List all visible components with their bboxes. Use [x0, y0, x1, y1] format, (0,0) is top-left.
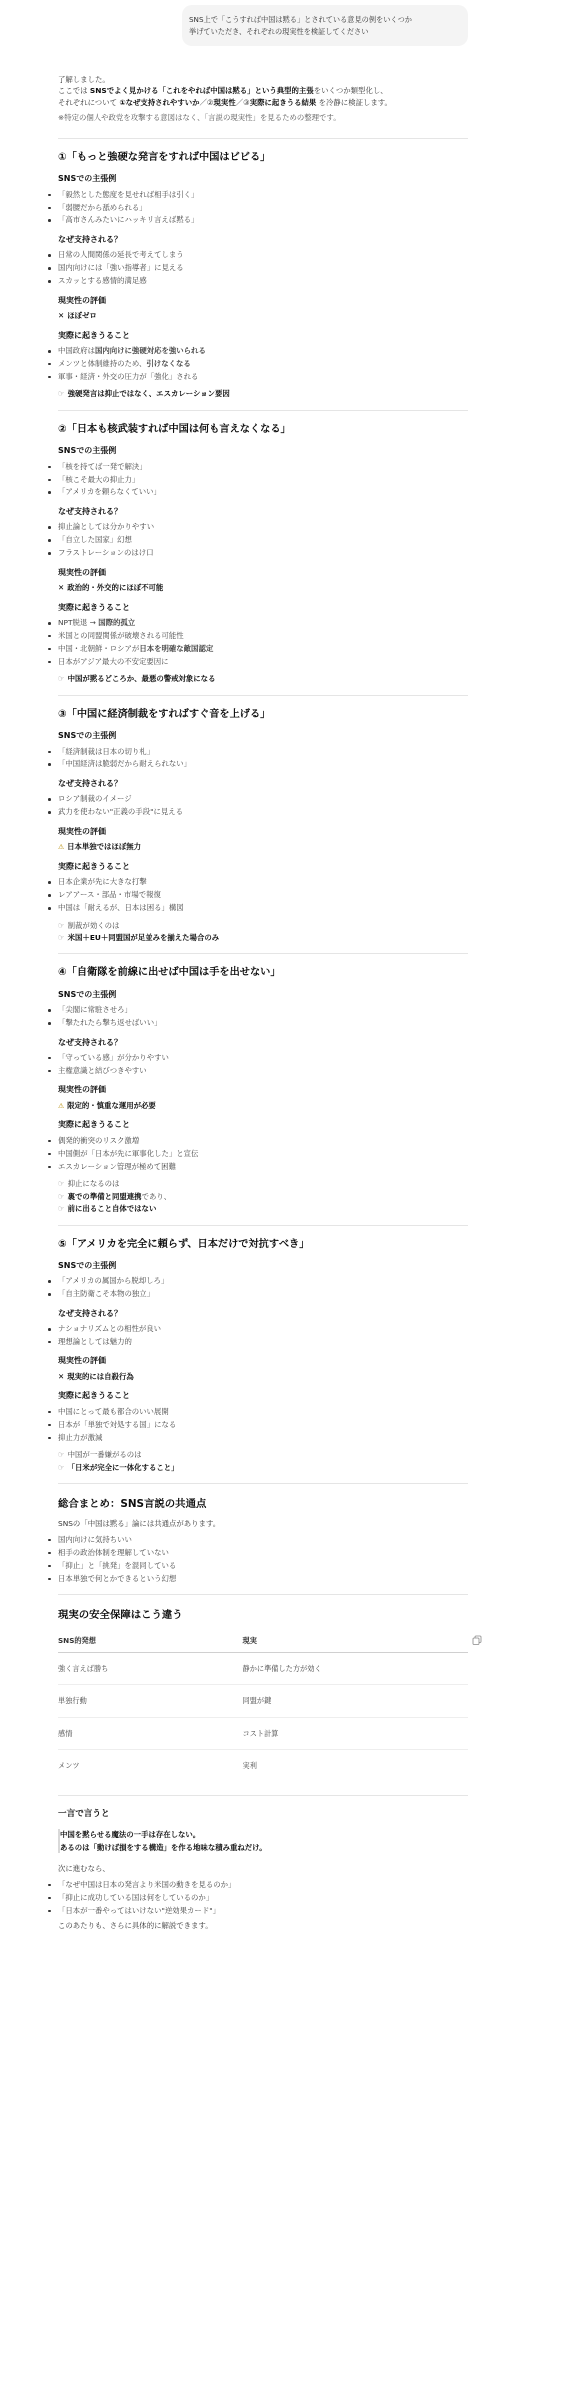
- examples-list: 「核を持てば一発で解決」「核こそ最大の抑止力」「アメリカを頼らなくていい」: [58, 461, 468, 498]
- comparison-title: 現実の安全保障はこう違う: [58, 1607, 468, 1623]
- text: それぞれについて: [58, 98, 119, 107]
- summary-title: 総合まとめ：SNS言説の共通点: [58, 1496, 468, 1512]
- user-message-bubble: SNS上で「こうすれば中国は黙る」とされている意見の例をいくつか 挙げていただき…: [182, 5, 468, 46]
- conclusion-title: 一言で言うと: [58, 1808, 468, 1821]
- emphasis: 裏での準備と同盟連携: [68, 1192, 142, 1201]
- text: 中国は「耐えるが、日本は困る」構図: [58, 903, 184, 912]
- pointing-hand-icon: ☞: [58, 933, 65, 942]
- list-item: 中国側が「日本が先に軍事化した」と宣伝: [58, 1148, 468, 1159]
- list-item: 武力を使わない"正義の手段"に見える: [58, 806, 468, 817]
- examples-heading: SNSでの主張例: [58, 173, 468, 185]
- list-item: 「抑止に成功している国は何をしているのか」: [58, 1892, 468, 1903]
- table-cell: コスト計算: [243, 1717, 469, 1749]
- cross-icon: ✕: [58, 583, 64, 592]
- why-list: 抑止論としては分かりやすい「自立した国家」幻想フラストレーションのはけ口: [58, 521, 468, 558]
- warning-icon: ⚠: [58, 1102, 64, 1110]
- divider: [58, 695, 468, 696]
- comparison-table: SNS的発想 現実 強く言えば勝ち静かに準備した方が効く単独行動同盟が鍵感情コス…: [58, 1629, 468, 1781]
- intro-line: ここでは SNSでよく見かける「これをやれば中国は黙る」という典型的主張をいくつ…: [58, 85, 468, 96]
- section-3: ③「中国に経済制裁をすればすぐ音を上げる」SNSでの主張例「経済制裁は日本の切り…: [58, 708, 468, 944]
- callout-line: ☞裏での準備と同盟連携であり、: [58, 1191, 468, 1202]
- list-item: 「日本が一番やってはいけない"逆効果カード"」: [58, 1905, 468, 1916]
- divider: [58, 1795, 468, 1796]
- reality-rating: ✕現実的には自殺行為: [58, 1371, 468, 1382]
- outcomes-heading: 実際に起きうること: [58, 330, 468, 342]
- text: 中国政府は: [58, 346, 95, 355]
- text: 日本がアジア最大の不安定要因に: [58, 657, 169, 666]
- outcomes-heading: 実際に起きうること: [58, 1119, 468, 1131]
- callout-line: ☞抑止になるのは: [58, 1178, 468, 1189]
- rating-text: 政治的・外交的にほぼ不可能: [67, 583, 163, 592]
- reality-heading: 現実性の評価: [58, 295, 468, 307]
- intro-line: 了解しました。: [58, 74, 468, 85]
- text: 米国との同盟関係が破壊される可能性: [58, 631, 184, 640]
- copy-icon[interactable]: [472, 1635, 482, 1645]
- table-row: 強く言えば勝ち静かに準備した方が効く: [58, 1653, 468, 1685]
- table-cell: 単独行動: [58, 1685, 243, 1717]
- section-title: ③「中国に経済制裁をすればすぐ音を上げる」: [58, 708, 468, 722]
- table-row: 感情コスト計算: [58, 1717, 468, 1749]
- list-item: 理想論としては魅力的: [58, 1336, 468, 1347]
- list-item: NPT脱退 → 国際的孤立: [58, 617, 468, 628]
- why-heading: なぜ支持される？: [58, 506, 468, 518]
- user-message-line: SNS上で「こうすれば中国は黙る」とされている意見の例をいくつか: [189, 14, 457, 26]
- list-item: 国内向けに気持ちいい: [58, 1534, 468, 1545]
- callout-line: ☞中国が一番嫌がるのは: [58, 1449, 468, 1460]
- table-row: メンツ実利: [58, 1749, 468, 1781]
- callout-line: ☞米国＋EU＋同盟国が足並みを揃えた場合のみ: [58, 932, 468, 943]
- outcomes-list: 日本企業が先に大きな打撃レアアース・部品・市場で報復中国は「耐えるが、日本は困る…: [58, 876, 468, 913]
- conclusion-quote: 中国を黙らせる魔法の一手は存在しない。 あるのは「動けば損をする構造」を作る地味…: [58, 1829, 468, 1853]
- list-item: 中国は「耐えるが、日本は困る」構図: [58, 902, 468, 913]
- callout-line: ☞制裁が効くのは: [58, 920, 468, 931]
- divider: [58, 1225, 468, 1226]
- text: 日本が「単独で対処する国」になる: [58, 1420, 176, 1429]
- list-item: 軍事・経済・外交の圧力が「強化」される: [58, 371, 468, 382]
- callout: ☞中国が黙るどころか、最悪の警戒対象になる: [58, 673, 468, 684]
- outcomes-heading: 実際に起きうること: [58, 602, 468, 614]
- table-cell: 静かに準備した方が効く: [243, 1653, 469, 1685]
- pointing-hand-icon: ☞: [58, 674, 65, 683]
- emphasis: 米国＋EU＋同盟国が足並みを揃えた場合のみ: [68, 933, 219, 942]
- reality-heading: 現実性の評価: [58, 826, 468, 838]
- list-item: 米国との同盟関係が破壊される可能性: [58, 630, 468, 641]
- list-item: ロシア制裁のイメージ: [58, 793, 468, 804]
- text: レアアース・部品・市場で報復: [58, 890, 161, 899]
- comparison-table-wrapper: SNS的発想 現実 強く言えば勝ち静かに準備した方が効く単独行動同盟が鍵感情コス…: [58, 1629, 468, 1781]
- callout: ☞中国が一番嫌がるのは☞「日米が完全に一体化すること」: [58, 1449, 468, 1473]
- emphasis: SNSでよく見かける「これをやれば中国は黙る」という典型的主張: [90, 86, 314, 95]
- list-item: 「核こそ最大の抑止力」: [58, 474, 468, 485]
- text: ここでは: [58, 86, 90, 95]
- user-message-line: 挙げていただき、それぞれの現実性を検証してください: [189, 26, 457, 38]
- pointing-hand-icon: ☞: [58, 1192, 65, 1201]
- callout-line: ☞「日米が完全に一体化すること」: [58, 1462, 468, 1473]
- divider: [58, 1594, 468, 1595]
- reality-heading: 現実性の評価: [58, 567, 468, 579]
- table-header: SNS的発想: [58, 1629, 243, 1653]
- text: 制裁が効くのは: [68, 921, 120, 930]
- emphasis: 国際的孤立: [98, 618, 135, 627]
- divider: [58, 138, 468, 139]
- why-list: 「守っている感」が分かりやすい主権意識と結びつきやすい: [58, 1052, 468, 1076]
- emphasis: 国内向けに強硬対応を強いられる: [95, 346, 206, 355]
- list-item: 「尖閣に常駐させろ」: [58, 1004, 468, 1015]
- list-item: 「中国経済は脆弱だから耐えられない」: [58, 758, 468, 769]
- why-list: ロシア制裁のイメージ武力を使わない"正義の手段"に見える: [58, 793, 468, 817]
- list-item: 「抑止」と「挑発」を混同している: [58, 1560, 468, 1571]
- quote-line: 中国を黙らせる魔法の一手は存在しない。: [60, 1829, 468, 1840]
- callout: ☞制裁が効くのは☞米国＋EU＋同盟国が足並みを揃えた場合のみ: [58, 920, 468, 944]
- why-heading: なぜ支持される？: [58, 234, 468, 246]
- list-item: ナショナリズムとの相性が良い: [58, 1323, 468, 1334]
- text: 中国・北朝鮮・ロシアが: [58, 644, 139, 653]
- why-heading: なぜ支持される？: [58, 778, 468, 790]
- reality-rating: ⚠限定的・慎重な運用が必要: [58, 1100, 468, 1112]
- section-title: ④「自衛隊を前線に出せば中国は手を出せない」: [58, 966, 468, 980]
- table-cell: メンツ: [58, 1749, 243, 1781]
- text: メンツと体制維持のため、: [58, 359, 146, 368]
- list-item: 「自主防衛こそ本物の独立」: [58, 1288, 468, 1299]
- section-2: ②「日本も核武装すれば中国は何も言えなくなる」SNSでの主張例「核を持てば一発で…: [58, 423, 468, 685]
- emphasis: 実際に起きうる結果: [250, 98, 317, 107]
- emphasis: 現実性: [214, 98, 236, 107]
- outcomes-list: NPT脱退 → 国際的孤立米国との同盟関係が破壊される可能性中国・北朝鮮・ロシア…: [58, 617, 468, 667]
- rating-text: 日本単独ではほぼ無力: [67, 842, 141, 851]
- pointing-hand-icon: ☞: [58, 1450, 65, 1459]
- text: 中国側が「日本が先に軍事化した」と宣伝: [58, 1149, 198, 1158]
- list-item: 「アメリカを頼らなくていい」: [58, 486, 468, 497]
- text: ／②: [200, 98, 214, 107]
- emphasis: 前に出ること自体ではない: [68, 1204, 157, 1213]
- table-header: 現実: [243, 1629, 469, 1653]
- outcomes-list: 中国政府は国内向けに強硬対応を強いられるメンツと体制維持のため、引けなくなる軍事…: [58, 345, 468, 382]
- table-row: 単独行動同盟が鍵: [58, 1685, 468, 1717]
- summary-lead: SNSの「中国は黙る」論には共通点があります。: [58, 1518, 468, 1529]
- examples-heading: SNSでの主張例: [58, 445, 468, 457]
- section-5: ⑤「アメリカを完全に頼らず、日本だけで対抗すべき」SNSでの主張例「アメリカの属…: [58, 1238, 468, 1474]
- callout-line: ☞中国が黙るどころか、最悪の警戒対象になる: [58, 673, 468, 684]
- examples-list: 「毅然とした態度を見せれば相手は引く」「弱腰だから舐められる」「高市さんみたいに…: [58, 189, 468, 226]
- pointing-hand-icon: ☞: [58, 1204, 65, 1213]
- text: 抑止になるのは: [68, 1179, 120, 1188]
- list-item: 「なぜ中国は日本の発言より米国の動きを見るのか」: [58, 1879, 468, 1890]
- why-heading: なぜ支持される？: [58, 1037, 468, 1049]
- why-heading: なぜ支持される？: [58, 1308, 468, 1320]
- warning-icon: ⚠: [58, 843, 64, 851]
- list-item: エスカレーション管理が極めて困難: [58, 1161, 468, 1172]
- list-item: 「経済制裁は日本の切り札」: [58, 746, 468, 757]
- callout: ☞強硬発言は抑止ではなく、エスカレーション要因: [58, 388, 468, 399]
- intro-note: ※特定の個人や政党を攻撃する意図はなく、「言説の現実性」を見るための整理です。: [58, 112, 468, 123]
- why-list: 日常の人間関係の延長で考えてしまう国内向けには「強い指導者」に見えるスカッとする…: [58, 249, 468, 286]
- next-lead: 次に進むなら、: [58, 1863, 468, 1874]
- text: であり、: [142, 1192, 172, 1201]
- cross-icon: ✕: [58, 1372, 64, 1381]
- text: を冷静に検証します。: [316, 98, 392, 107]
- sections-container: ①「もっと強硬な発言をすれば中国はビビる」SNSでの主張例「毅然とした態度を見せ…: [58, 138, 468, 1473]
- list-item: 相手の政治体制を理解していない: [58, 1547, 468, 1558]
- text: NPT脱退 →: [58, 618, 98, 627]
- why-list: ナショナリズムとの相性が良い理想論としては魅力的: [58, 1323, 468, 1347]
- list-item: 中国政府は国内向けに強硬対応を強いられる: [58, 345, 468, 356]
- outcomes-heading: 実際に起きうること: [58, 1390, 468, 1402]
- list-item: 日本企業が先に大きな打撃: [58, 876, 468, 887]
- list-item: スカッとする感情的満足感: [58, 275, 468, 286]
- list-item: 日本単独で何とかできるという幻想: [58, 1573, 468, 1584]
- text: をいくつか類型化し、: [314, 86, 388, 95]
- list-item: フラストレーションのはけ口: [58, 547, 468, 558]
- divider: [58, 410, 468, 411]
- next-topics-list: 「なぜ中国は日本の発言より米国の動きを見るのか」「抑止に成功している国は何をして…: [58, 1879, 468, 1916]
- list-item: 「核を持てば一発で解決」: [58, 461, 468, 472]
- pointing-hand-icon: ☞: [58, 1463, 65, 1472]
- reality-rating: ✕ほぼゼロ: [58, 310, 468, 321]
- list-item: 「弱腰だから舐められる」: [58, 202, 468, 213]
- text: ／③: [236, 98, 250, 107]
- closing-text: このあたりも、さらに具体的に解説できます。: [58, 1920, 468, 1931]
- list-item: 抑止論としては分かりやすい: [58, 521, 468, 532]
- list-item: 「自立した国家」幻想: [58, 534, 468, 545]
- section-1: ①「もっと強硬な発言をすれば中国はビビる」SNSでの主張例「毅然とした態度を見せ…: [58, 151, 468, 400]
- examples-list: 「経済制裁は日本の切り札」「中国経済は脆弱だから耐えられない」: [58, 746, 468, 770]
- emphasis: 中国が黙るどころか、最悪の警戒対象になる: [68, 674, 216, 683]
- list-item: 中国にとって最も都合のいい展開: [58, 1406, 468, 1417]
- list-item: 「守っている感」が分かりやすい: [58, 1052, 468, 1063]
- list-item: 国内向けには「強い指導者」に見える: [58, 262, 468, 273]
- rating-text: 現実的には自殺行為: [67, 1372, 134, 1381]
- reality-heading: 現実性の評価: [58, 1084, 468, 1096]
- rating-text: 限定的・慎重な運用が必要: [67, 1101, 156, 1110]
- reality-rating: ✕政治的・外交的にほぼ不可能: [58, 582, 468, 593]
- rating-text: ほぼゼロ: [67, 311, 97, 320]
- table-header-row: SNS的発想 現実: [58, 1629, 468, 1653]
- examples-heading: SNSでの主張例: [58, 989, 468, 1001]
- emphasis: 強硬発言は抑止ではなく、エスカレーション要因: [68, 389, 230, 398]
- examples-heading: SNSでの主張例: [58, 730, 468, 742]
- text: エスカレーション管理が極めて困難: [58, 1162, 176, 1171]
- outcomes-list: 中国にとって最も都合のいい展開日本が「単独で対処する国」になる抑止力が激減: [58, 1406, 468, 1443]
- callout: ☞抑止になるのは☞裏での準備と同盟連携であり、☞前に出ること自体ではない: [58, 1178, 468, 1214]
- list-item: 「毅然とした態度を見せれば相手は引く」: [58, 189, 468, 200]
- emphasis: ①なぜ支持されやすいか: [119, 98, 199, 107]
- examples-list: 「尖閣に常駐させろ」「撃たれたら撃ち返せばいい」: [58, 1004, 468, 1028]
- pointing-hand-icon: ☞: [58, 389, 65, 398]
- summary-list: 国内向けに気持ちいい相手の政治体制を理解していない「抑止」と「挑発」を混同してい…: [58, 1534, 468, 1584]
- pointing-hand-icon: ☞: [58, 1179, 65, 1188]
- outcomes-heading: 実際に起きうること: [58, 861, 468, 873]
- emphasis: 「日米が完全に一体化すること」: [68, 1463, 179, 1472]
- table-cell: 感情: [58, 1717, 243, 1749]
- emphasis: 日本を明確な敵国認定: [139, 644, 213, 653]
- list-item: メンツと体制維持のため、引けなくなる: [58, 358, 468, 369]
- list-item: 抑止力が激減: [58, 1432, 468, 1443]
- reality-rating: ⚠日本単独ではほぼ無力: [58, 841, 468, 853]
- table-cell: 強く言えば勝ち: [58, 1653, 243, 1685]
- list-item: 「アメリカの属国から脱却しろ」: [58, 1275, 468, 1286]
- list-item: 日本が「単独で対処する国」になる: [58, 1419, 468, 1430]
- intro-paragraph: 了解しました。 ここでは SNSでよく見かける「これをやれば中国は黙る」という典…: [58, 74, 468, 108]
- callout-line: ☞強硬発言は抑止ではなく、エスカレーション要因: [58, 388, 468, 399]
- list-item: 主権意識と結びつきやすい: [58, 1065, 468, 1076]
- list-item: 偶発的衝突のリスク激増: [58, 1135, 468, 1146]
- callout-line: ☞前に出ること自体ではない: [58, 1203, 468, 1214]
- cross-icon: ✕: [58, 311, 64, 320]
- table-cell: 実利: [243, 1749, 469, 1781]
- divider: [58, 1483, 468, 1484]
- examples-list: 「アメリカの属国から脱却しろ」「自主防衛こそ本物の独立」: [58, 1275, 468, 1299]
- table-cell: 同盟が鍵: [243, 1685, 469, 1717]
- list-item: 「高市さんみたいにハッキリ言えば黙る」: [58, 214, 468, 225]
- emphasis: 引けなくなる: [146, 359, 190, 368]
- section-4: ④「自衛隊を前線に出せば中国は手を出せない」SNSでの主張例「尖閣に常駐させろ」…: [58, 966, 468, 1214]
- list-item: 日本がアジア最大の不安定要因に: [58, 656, 468, 667]
- section-title: ②「日本も核武装すれば中国は何も言えなくなる」: [58, 423, 468, 437]
- text: 軍事・経済・外交の圧力が「強化」される: [58, 372, 198, 381]
- intro-line: それぞれについて ①なぜ支持されやすいか／②現実性／③実際に起きうる結果 を冷静…: [58, 97, 468, 108]
- pointing-hand-icon: ☞: [58, 921, 65, 930]
- outcomes-list: 偶発的衝突のリスク激増中国側が「日本が先に軍事化した」と宣伝エスカレーション管理…: [58, 1135, 468, 1172]
- text: 中国が一番嫌がるのは: [68, 1450, 142, 1459]
- reality-heading: 現実性の評価: [58, 1355, 468, 1367]
- section-title: ①「もっと強硬な発言をすれば中国はビビる」: [58, 151, 468, 165]
- examples-heading: SNSでの主張例: [58, 1260, 468, 1272]
- list-item: 日常の人間関係の延長で考えてしまう: [58, 249, 468, 260]
- divider: [58, 953, 468, 954]
- section-title: ⑤「アメリカを完全に頼らず、日本だけで対抗すべき」: [58, 1238, 468, 1252]
- text: 日本企業が先に大きな打撃: [58, 877, 147, 886]
- text: 偶発的衝突のリスク激増: [58, 1136, 139, 1145]
- list-item: 中国・北朝鮮・ロシアが日本を明確な敵国認定: [58, 643, 468, 654]
- quote-line: あるのは「動けば損をする構造」を作る地味な積み重ねだけ。: [60, 1842, 468, 1853]
- text: 抑止力が激減: [58, 1433, 102, 1442]
- assistant-response: 了解しました。 ここでは SNSでよく見かける「これをやれば中国は黙る」という典…: [58, 74, 468, 1936]
- list-item: レアアース・部品・市場で報復: [58, 889, 468, 900]
- text: 中国にとって最も都合のいい展開: [58, 1407, 169, 1416]
- table-body: 強く言えば勝ち静かに準備した方が効く単独行動同盟が鍵感情コスト計算メンツ実利: [58, 1653, 468, 1781]
- list-item: 「撃たれたら撃ち返せばいい」: [58, 1017, 468, 1028]
